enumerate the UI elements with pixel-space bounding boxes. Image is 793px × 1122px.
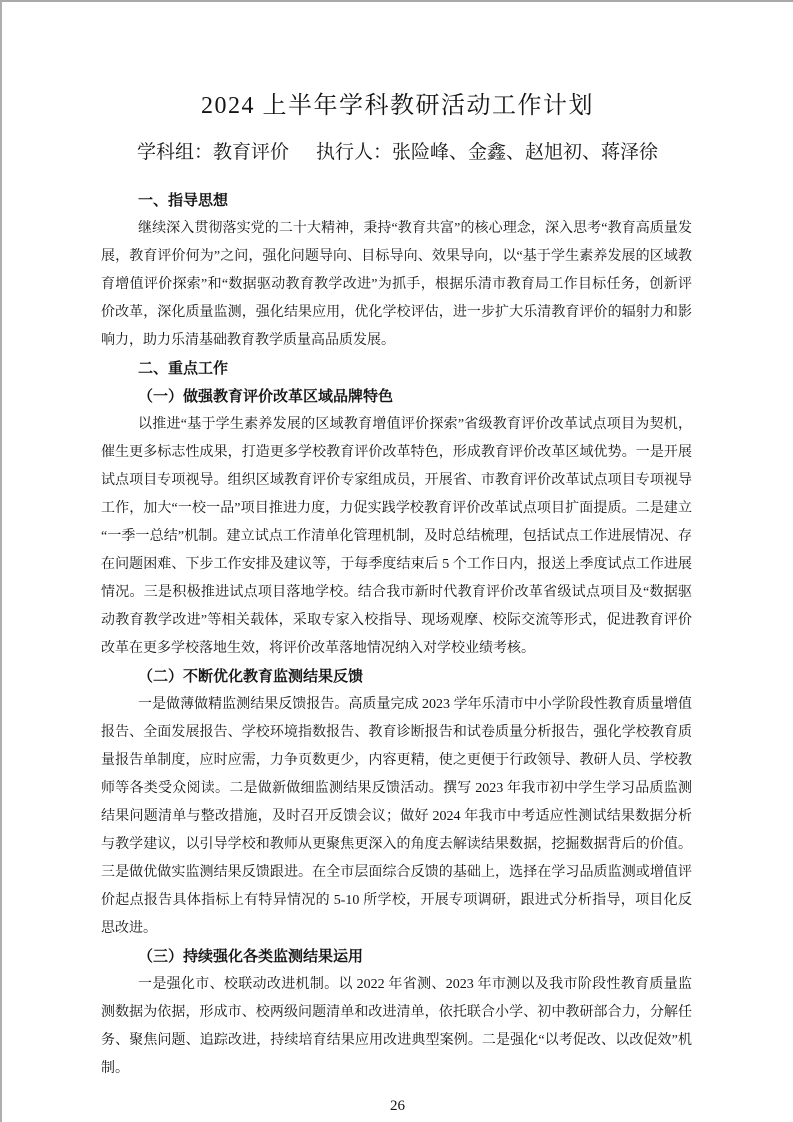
section-heading-guiding-ideology: 一、指导思想 — [101, 187, 692, 215]
paragraph-subsection-2: 一是做薄做精监测结果反馈报告。高质量完成 2023 学年乐清市中小学阶段性教育质… — [101, 691, 692, 943]
paragraph-subsection-1: 以推进“基于学生素养发展的区域教育增值评价探索”省级教育评价改革试点项目为契机，… — [101, 411, 692, 663]
document-page: 2024 上半年学科教研活动工作计划 学科组：教育评价执行人：张险峰、金鑫、赵旭… — [0, 0, 793, 1122]
subsection-heading-3: （三）持续强化各类监测结果运用 — [101, 943, 692, 971]
subsection-heading-2: （二）不断优化教育监测结果反馈 — [101, 663, 692, 691]
subject-group-value: 教育评价 — [213, 142, 289, 163]
subsection-heading-1: （一）做强教育评价改革区域品牌特色 — [101, 383, 692, 411]
document-body: 一、指导思想 继续深入贯彻落实党的二十大精神，秉持“教育共富”的核心理念，深入思… — [101, 187, 692, 1083]
executor-names: 张险峰、金鑫、赵旭初、蒋泽徐 — [392, 142, 658, 163]
document-title: 2024 上半年学科教研活动工作计划 — [2, 86, 793, 126]
document-byline: 学科组：教育评价执行人：张险峰、金鑫、赵旭初、蒋泽徐 — [2, 138, 793, 168]
paragraph-subsection-3: 一是强化市、校联动改进机制。以 2022 年省测、2023 年市测以及我市阶段性… — [101, 971, 692, 1083]
executor-label: 执行人： — [316, 142, 392, 163]
section-heading-key-tasks: 二、重点工作 — [101, 355, 692, 383]
subject-group-label: 学科组： — [137, 142, 213, 163]
paragraph-guiding-ideology: 继续深入贯彻落实党的二十大精神，秉持“教育共富”的核心理念，深入思考“教育高质量… — [101, 215, 692, 355]
page-number: 26 — [2, 1092, 793, 1120]
